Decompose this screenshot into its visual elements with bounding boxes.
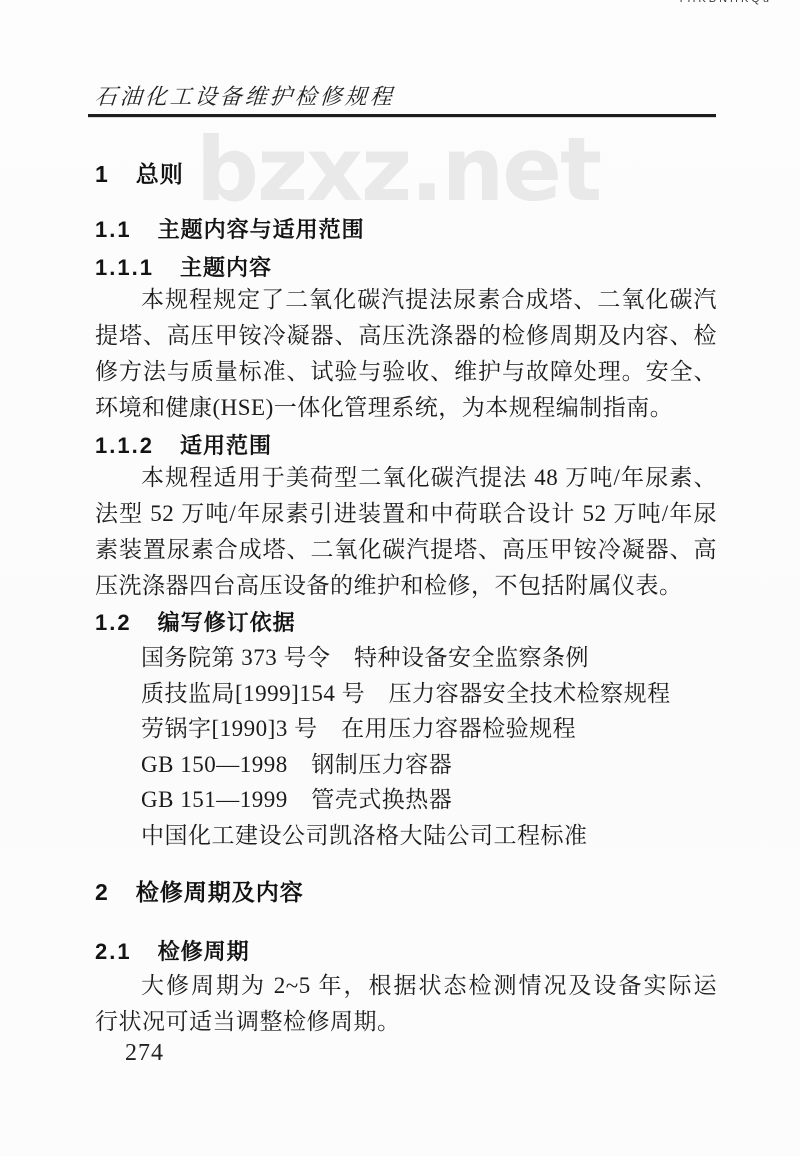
section-1-heading: 1总则 bbox=[95, 156, 717, 189]
document-body: 1总则 1.1主题内容与适用范围 1.1.1主题内容 本规程规定了二氧化碳汽提法… bbox=[0, 0, 800, 1156]
reference-item: 劳锅字[1990]3 号 在用压力容器检验规程 bbox=[95, 711, 717, 747]
paragraph-line: 本规程适用于美荷型二氧化碳汽提法 48 万吨/年尿素、 bbox=[95, 460, 717, 496]
paragraph-line: 法型 52 万吨/年尿素引进装置和中荷联合设计 52 万吨/年尿 bbox=[95, 496, 717, 532]
references-list: 国务院第 373 号令 特种设备安全监察条例 质技监局[1999]154 号 压… bbox=[95, 640, 717, 853]
section-1-2-heading: 1.2编写修订依据 bbox=[95, 606, 717, 637]
paragraph-line: 行状况可适当调整检修周期。 bbox=[95, 1004, 717, 1040]
paragraph-line: 修方法与质量标准、试验与验收、维护与故障处理。安全、 bbox=[95, 354, 717, 390]
reference-item: GB 151—1999 管壳式换热器 bbox=[95, 782, 717, 818]
paragraph-line: 环境和健康(HSE)一体化管理系统，为本规程编制指南。 bbox=[95, 390, 717, 426]
section-2-heading: 2检修周期及内容 bbox=[95, 874, 717, 907]
paragraph-line: 提塔、高压甲铵冷凝器、高压洗涤器的检修周期及内容、检 bbox=[95, 318, 717, 354]
section-1-1-2-title: 适用范围 bbox=[180, 433, 272, 458]
section-1-1-heading: 1.1主题内容与适用范围 bbox=[95, 213, 717, 244]
section-1-1-1-number: 1.1.1 bbox=[95, 255, 154, 281]
section-2-title: 检修周期及内容 bbox=[136, 879, 304, 905]
paragraph-overhaul-cycle: 大修周期为 2~5 年，根据状态检测情况及设备实际运 行状况可适当调整检修周期。 bbox=[95, 968, 717, 1040]
section-1-1-number: 1.1 bbox=[95, 217, 132, 243]
section-1-1-title: 主题内容与适用范围 bbox=[158, 217, 365, 242]
reference-item: 中国化工建设公司凯洛格大陆公司工程标准 bbox=[95, 818, 717, 854]
section-2-number: 2 bbox=[95, 879, 110, 906]
section-1-number: 1 bbox=[95, 161, 110, 188]
section-2-1-heading: 2.1检修周期 bbox=[95, 935, 717, 966]
section-1-1-1-heading: 1.1.1主题内容 bbox=[95, 251, 717, 282]
reference-item: 质技监局[1999]154 号 压力容器安全技术检察规程 bbox=[95, 676, 717, 712]
section-1-2-number: 1.2 bbox=[95, 610, 132, 636]
section-2-1-number: 2.1 bbox=[95, 939, 132, 965]
reference-item: 国务院第 373 号令 特种设备安全监察条例 bbox=[95, 640, 717, 676]
paragraph-line: 大修周期为 2~5 年，根据状态检测情况及设备实际运 bbox=[95, 968, 717, 1004]
paragraph-line: 素装置尿素合成塔、二氧化碳汽提塔、高压甲铵冷凝器、高 bbox=[95, 532, 717, 568]
section-1-title: 总则 bbox=[136, 161, 184, 187]
paragraph-scope-content: 本规程规定了二氧化碳汽提法尿素合成塔、二氧化碳汽 提塔、高压甲铵冷凝器、高压洗涤… bbox=[95, 282, 717, 426]
paragraph-line: 本规程规定了二氧化碳汽提法尿素合成塔、二氧化碳汽 bbox=[95, 282, 717, 318]
section-1-2-title: 编写修订依据 bbox=[158, 610, 296, 635]
reference-item: GB 150—1998 钢制压力容器 bbox=[95, 747, 717, 783]
paragraph-line: 压洗涤器四台高压设备的维护和检修，不包括附属仪表。 bbox=[95, 568, 717, 604]
scanned-document-page: THKBNHKQu 石油化工设备维护检修规程 bzxz.net 1总则 1.1主… bbox=[0, 0, 800, 1156]
section-1-1-2-number: 1.1.2 bbox=[95, 433, 154, 459]
section-2-1-title: 检修周期 bbox=[158, 939, 250, 964]
section-1-1-2-heading: 1.1.2适用范围 bbox=[95, 429, 717, 460]
paragraph-application-range: 本规程适用于美荷型二氧化碳汽提法 48 万吨/年尿素、 法型 52 万吨/年尿素… bbox=[95, 460, 717, 604]
section-1-1-1-title: 主题内容 bbox=[180, 255, 272, 280]
